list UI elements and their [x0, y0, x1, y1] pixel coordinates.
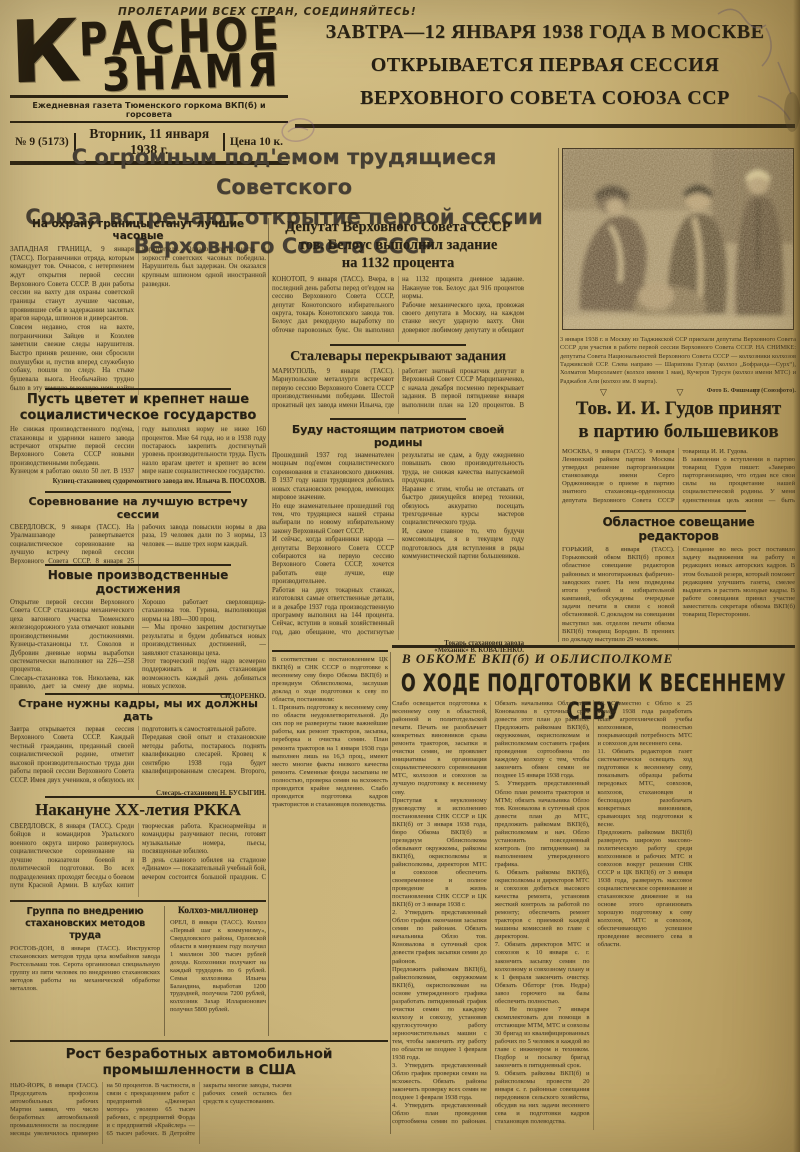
- stalevary-body: МАРИУПОЛЬ, 9 января (ТАСС). Мариупольски…: [272, 368, 524, 414]
- belous-headline: Депутат Верховного Совета СССР тов. Бело…: [272, 218, 524, 272]
- gudov-body: МОСКВА, 9 января (ТАСС). 9 января Ленинс…: [562, 448, 795, 510]
- sev-kicker: В ОБКОМЕ ВКП(б) И ОБЛИСПОЛКОМЕ: [392, 651, 795, 667]
- article-pust-tsvetet: Пусть цветет и крепнет наше социалистиче…: [10, 392, 266, 485]
- pust-tsvetet-body: Не снижая производственного под'ема, ста…: [10, 426, 266, 478]
- article-redaktory: Областное совещание редакторов ГОРЬКИЙ, …: [562, 515, 795, 650]
- redaktory-headline: Областное совещание редакторов: [562, 515, 795, 543]
- banner-rule: [295, 124, 795, 128]
- article-kolkhoz-millioner: Колхоз-миллионер ОРЕЛ, 8 января (ТАСС). …: [170, 906, 266, 1035]
- masthead-title: К РАСНОЕ ЗНАМЯ: [9, 12, 289, 95]
- article-belous: Депутат Верховного Совета СССР тов. Бело…: [272, 218, 524, 342]
- belous-body: КОНОТОП, 9 января (ТАСС). Вчера, в после…: [272, 276, 524, 342]
- rkka-headline: Накануне XX-летия РККА: [10, 800, 266, 820]
- stalevary-headline: Сталевары перекрывают задания: [272, 349, 524, 365]
- gruppa-headline: Группа по внедрению стахановских методов…: [10, 906, 160, 942]
- pust-tsvetet-signature: Кузнец-стахановец судоремонтного завода …: [10, 478, 266, 485]
- border-guards-body: ЗАПАДНАЯ ГРАНИЦА, 9 января (ТАСС). Погра…: [10, 245, 266, 395]
- column-rule: [390, 652, 391, 1134]
- rost-body: НЬЮ-ЙОРК, 8 января (ТАСС). Председатель …: [10, 1082, 388, 1144]
- divider: [45, 693, 231, 695]
- lead-underline: [200, 212, 370, 214]
- sev-body: Слабо освещается подготовка к весеннему …: [392, 700, 795, 1130]
- masthead-word2: ЗНАМЯ: [101, 50, 284, 98]
- article-gruppa: Группа по внедрению стахановских методов…: [10, 906, 160, 1047]
- divider: [10, 900, 266, 902]
- divider: [330, 418, 466, 420]
- column-rule: [558, 148, 559, 642]
- divider: [45, 564, 231, 566]
- sev-intro-body: В соответствии с постановлением ЦК ВКП(б…: [272, 656, 388, 1036]
- pust-tsvetet-headline: Пусть цветет и крепнет наше социалистиче…: [10, 392, 266, 423]
- gudov-headline: Тов. И. И. Гудов принят в партию большев…: [562, 398, 795, 444]
- newspaper-page: ПРОЛЕТАРИИ ВСЕХ СТРАН, СОЕДИНЯЙТЕСЬ! К Р…: [0, 0, 800, 1152]
- divider: [45, 491, 231, 493]
- divider: [164, 906, 165, 1036]
- patriot-headline: Буду настоящим патриотом своей родины: [272, 423, 524, 449]
- article-border-guards: На охрану границы станут лучшие часовые …: [10, 218, 266, 395]
- session-banner-headline: ЗАВТРА—12 ЯНВАРЯ 1938 ГОДА В МОСКВЕ ОТКР…: [295, 16, 795, 115]
- divider: [45, 796, 231, 798]
- article-patriot: Буду настоящим патриотом своей родины Пр…: [272, 423, 524, 654]
- divider: [610, 510, 746, 512]
- article-gudov: Тов. И. И. Гудов принят в партию большев…: [562, 398, 795, 510]
- novye-headline: Новые производственные достижения: [10, 568, 266, 596]
- article-sorevnovanie: Соревнование на лучшую встречу сессии СВ…: [10, 495, 266, 572]
- article-stalevary: Сталевары перекрывают задания МАРИУПОЛЬ,…: [272, 349, 524, 414]
- kolkhoz-body: ОРЕЛ, 8 января (ТАСС). Колхоз «Первый ша…: [170, 919, 266, 1035]
- masthead-words: РАСНОЕ ЗНАМЯ: [78, 12, 284, 93]
- triangle-ornament-icon: ▽: [677, 387, 684, 398]
- photo-caption: 3 января 1938 г. в Москву из Таджикской …: [560, 336, 796, 386]
- column-rule: [268, 218, 269, 1036]
- rkka-body: СВЕРДЛОВСК, 8 января (ТАСС). Среди бойцо…: [10, 823, 266, 897]
- sev-intro-column: В соответствии с постановлением ЦК ВКП(б…: [272, 650, 388, 1036]
- sev-article: Слабо освещается подготовка к весеннему …: [392, 700, 795, 1130]
- redaktory-body: ГОРЬКИЙ, 8 января (ТАСС). Горьковский об…: [562, 546, 795, 650]
- triangle-ornament-icon: ▽: [600, 387, 607, 398]
- gruppa-body: РОСТОВ-ДОН, 8 января (ТАСС). Инструктор …: [10, 945, 160, 1047]
- article-rkka: Накануне XX-летия РККА СВЕРДЛОВСК, 8 янв…: [10, 800, 266, 897]
- article-kadry: Стране нужны кадры, мы их должны дать За…: [10, 697, 266, 797]
- divider: [10, 1040, 388, 1042]
- triangle-ornament-icon: ▽: [753, 387, 760, 398]
- divider: [330, 344, 466, 346]
- rost-headline: Рост безработных автомобильной промышлен…: [10, 1046, 388, 1078]
- deputies-photo: [562, 148, 794, 330]
- sorevnovanie-headline: Соревнование на лучшую встречу сессии: [10, 495, 266, 521]
- patriot-body: Прошедший 1937 год знаменателен мощным п…: [272, 452, 524, 640]
- triangle-ornament-row: ▽ ▽ ▽: [600, 387, 760, 398]
- masthead-letter-k: К: [9, 18, 79, 87]
- article-rost-bezrabotnykh: Рост безработных автомобильной промышлен…: [10, 1046, 388, 1144]
- article-novye-dostizheniya: Новые производственные достижения Открыт…: [10, 568, 266, 700]
- kolkhoz-headline: Колхоз-миллионер: [170, 906, 266, 916]
- kadry-headline: Стране нужны кадры, мы их должны дать: [10, 697, 266, 723]
- novye-body: Открытие первой сессии Верховного Совета…: [10, 599, 266, 693]
- border-guards-headline: На охрану границы станут лучшие часовые: [10, 218, 266, 242]
- kadry-body: Завтра открывается первая сессия Верховн…: [10, 726, 266, 790]
- divider: [45, 388, 231, 390]
